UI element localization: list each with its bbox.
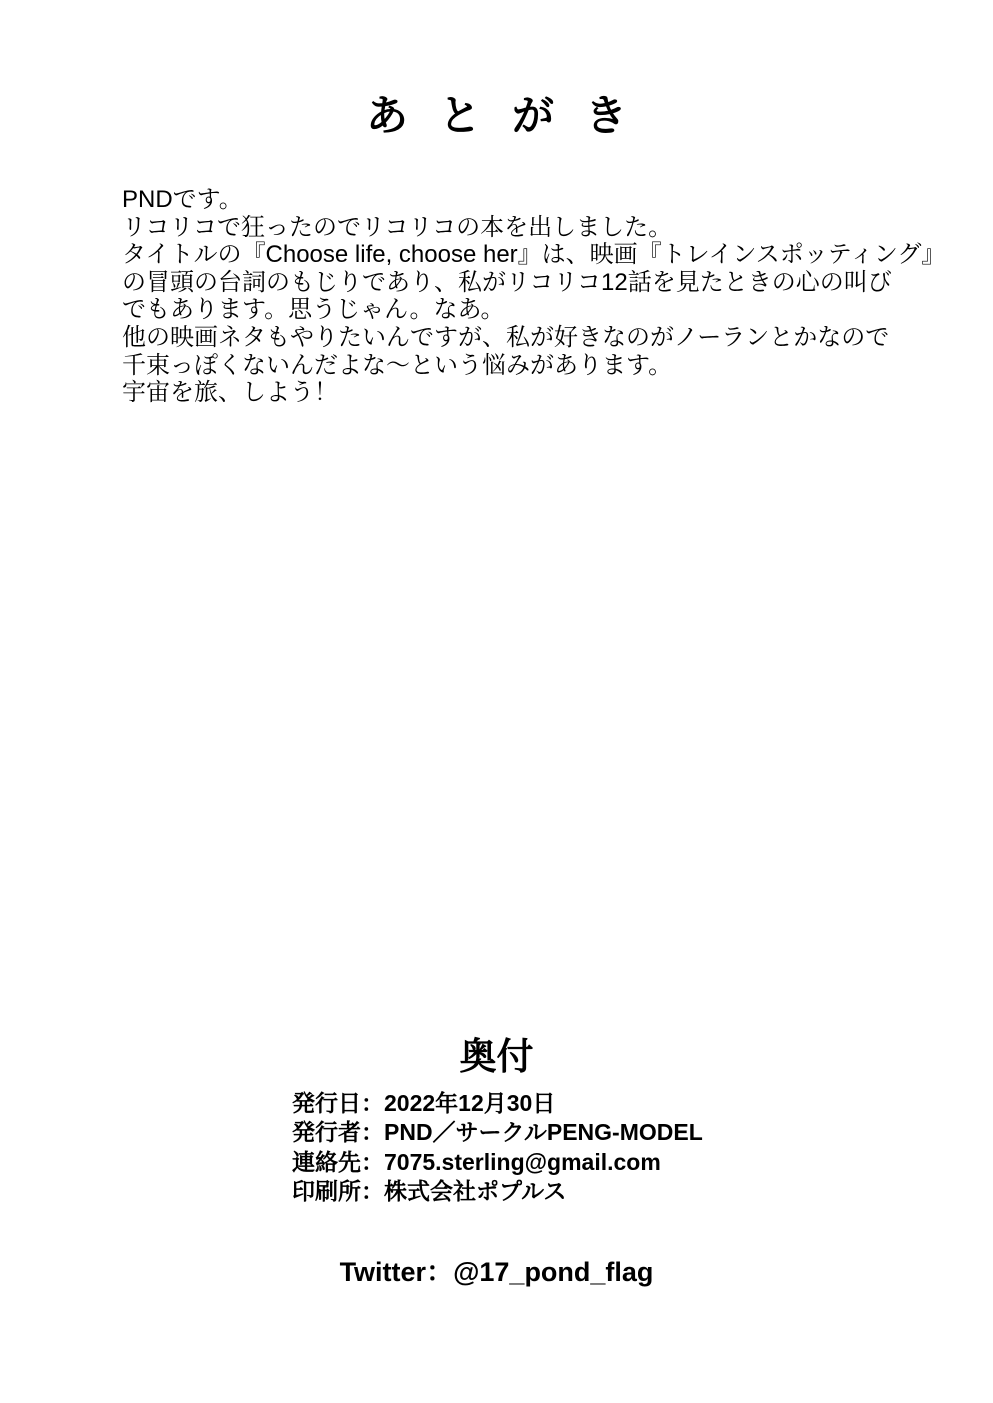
twitter-label: Twitter bbox=[340, 1257, 427, 1287]
colophon-entry: 印刷所：株式会社ポプルス bbox=[292, 1177, 703, 1206]
twitter-separator: ： bbox=[426, 1257, 453, 1287]
afterword-line: 千束っぽくないんだよな〜という悩みがあります。 bbox=[122, 352, 922, 380]
colophon-separator: ： bbox=[361, 1149, 384, 1175]
colophon-separator: ： bbox=[361, 1119, 384, 1145]
colophon-entry: 発行者：PND／サークルPENG-MODEL bbox=[292, 1118, 703, 1147]
afterword-body: PNDです。 リコリコで狂ったのでリコリコの本を出しました。 タイトルの『Cho… bbox=[122, 186, 922, 407]
afterword-line: 他の映画ネタもやりたいんですが、私が好きなのがノーランとかなので bbox=[122, 324, 922, 352]
colophon-block: 発行日：2022年12月30日 発行者：PND／サークルPENG-MODEL 連… bbox=[292, 1089, 703, 1207]
colophon-value: PND／サークルPENG-MODEL bbox=[384, 1119, 703, 1145]
colophon-separator: ： bbox=[361, 1090, 384, 1116]
afterword-line: タイトルの『Choose life, choose her』は、映画『トレインス… bbox=[122, 241, 922, 269]
colophon-label: 発行日 bbox=[292, 1090, 361, 1116]
colophon-value: 7075.sterling@gmail.com bbox=[384, 1149, 661, 1175]
afterword-line: 宇宙を旅、しよう！ bbox=[122, 379, 922, 407]
afterword-line: リコリコで狂ったのでリコリコの本を出しました。 bbox=[122, 214, 922, 242]
colophon-label: 連絡先 bbox=[292, 1149, 361, 1175]
afterword-line: の冒頭の台詞のもじりであり、私がリコリコ12話を見たときの心の叫び bbox=[122, 269, 922, 297]
colophon-label: 印刷所 bbox=[292, 1178, 361, 1204]
colophon-entry: 発行日：2022年12月30日 bbox=[292, 1089, 703, 1118]
colophon-value: 2022年12月30日 bbox=[384, 1090, 555, 1116]
twitter-handle-line: Twitter：@17_pond_flag bbox=[0, 1250, 993, 1289]
colophon-separator: ： bbox=[361, 1178, 384, 1204]
colophon-label: 発行者 bbox=[292, 1119, 361, 1145]
twitter-handle: @17_pond_flag bbox=[453, 1257, 653, 1287]
afterword-line: PNDです。 bbox=[122, 186, 922, 214]
colophon-value: 株式会社ポプルス bbox=[384, 1178, 566, 1204]
afterword-page: あとがき PNDです。 リコリコで狂ったのでリコリコの本を出しました。 タイトル… bbox=[0, 0, 993, 1403]
colophon-heading: 奥付 bbox=[0, 1037, 993, 1078]
afterword-line: でもあります。思うじゃん。なあ。 bbox=[122, 296, 922, 324]
colophon-entry: 連絡先：7075.sterling@gmail.com bbox=[292, 1148, 703, 1177]
afterword-title: あとがき bbox=[0, 96, 993, 138]
